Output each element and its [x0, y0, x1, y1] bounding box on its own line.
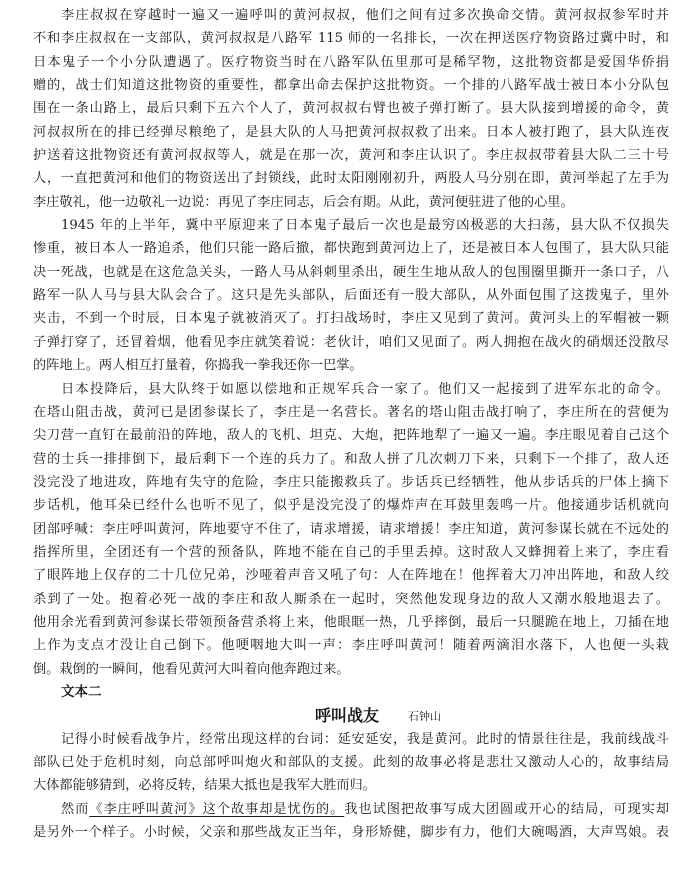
underlined-sentence: 《李庄呼叫黄河》这个故事却是忧伤的。 [89, 802, 344, 817]
text-line: 部队已处于危机时刻，向总部呼叫炮火和部队的支援。此刻的故事必将是悲壮又激动人心的… [33, 751, 669, 774]
article-author: 石钟山 [408, 705, 441, 728]
text-segment: 我也试图把故事写成大团圆或开心的结局，可现实却 [344, 802, 669, 817]
document-page: 李庄叔叔在穿越时一遍又一遍呼叫的黄河叔叔，他们之间有过多次换命交情。黄河叔叔参军… [33, 4, 669, 844]
text-line: 子弹打穿了，还冒着烟，他看见李庄就笑着说：老伙计，咱们又见面了。两人拥抱在战火的… [33, 331, 669, 354]
text-line: 1945 年的上半年，冀中平原迎来了日本鬼子最后一次也是最穷凶极恶的大扫荡，县大… [33, 214, 669, 237]
text-segment: 然而 [61, 802, 89, 817]
paragraph-text2-1: 记得小时候看战争片，经常出现这样的台词：延安延安，我是黄河。此时的情景往往是，我… [33, 728, 669, 798]
text-line: 的阵地上。两人相互打量着，你捣我一拳我还你一巴掌。 [33, 354, 669, 377]
text-line: 夹击，不到一个时辰，日本鬼子就被消灭了。打扫战场时，李庄又见到了黄河。黄河头上的… [33, 307, 669, 330]
article-title: 呼叫战友 [315, 704, 379, 727]
text-line: 倒。栽倒的一瞬间，他看见黄河大叫着向他奔跑过来。 [33, 658, 669, 681]
text-line: 李庄敬礼，他一边敬礼一边说：再见了李庄同志，后会有期。从此，黄河便驻进了他的心里… [33, 191, 669, 214]
text-line: 大体都能够猜到，必将反转，结果大抵也是我军大胜而归。 [33, 774, 669, 797]
paragraph-text2-2: 然而《李庄呼叫黄河》这个故事却是忧伤的。我也试图把故事写成大团圆或开心的结局，可… [33, 798, 669, 845]
paragraph-2: 1945 年的上半年，冀中平原迎来了日本鬼子最后一次也是最穷凶极恶的大扫荡，县大… [33, 214, 669, 377]
text-line: 步话机，他耳朵已经什么也听不见了，似乎是没完没了的爆炸声在耳鼓里轰鸣一片。他接通… [33, 494, 669, 517]
text-line: 围在一条山路上，最后只剩下五六个人了，黄河叔叔右臂也被子弹打断了。县大队接到增援… [33, 97, 669, 120]
text-line: 团部呼喊：李庄呼叫黄河，阵地要守不住了，请求增援，请求增援！李庄知道，黄河参谋长… [33, 518, 669, 541]
article-title-row: 呼叫战友 石钟山 [33, 704, 669, 727]
text-line: 杀到了一处。抱着必死一战的李庄和敌人厮杀在一起时，突然他发现身边的敌人又潮水般地… [33, 588, 669, 611]
text-line: 路军一队人马与县大队会合了。这只是先头部队，后面还有一股大部队，从外面包围了这拨… [33, 284, 669, 307]
text-line: 上作为支点才没让自己倒下。他哽咽地大叫一声：李庄呼叫黄河！随着两滴泪水落下，人也… [33, 634, 669, 657]
text-line: 他用余光看到黄河参谋长带领预备营杀将上来，他眼眶一热，几乎摔倒，最后一只腿跪在地… [33, 611, 669, 634]
text-line: 了眼阵地上仅存的二十几位兄弟，沙哑着声音又吼了句：人在阵地在！他挥着大刀冲出阵地… [33, 564, 669, 587]
text-line: 没完没了地进攻，阵地有失守的危险，李庄只能搬救兵了。步话兵已经牺牲，他从步话兵的… [33, 471, 669, 494]
text-line: 然而《李庄呼叫黄河》这个故事却是忧伤的。我也试图把故事写成大团圆或开心的结局，可… [33, 798, 669, 821]
paragraph-1: 李庄叔叔在穿越时一遍又一遍呼叫的黄河叔叔，他们之间有过多次换命交情。黄河叔叔参军… [33, 4, 669, 214]
text-line: 营的士兵一排排倒下，最后剩下一个连的兵力了。和敌人拼了几次刺刀下来，只剩下一个排… [33, 448, 669, 471]
text-line: 指挥所里，全团还有一个营的预备队，阵地不能在自己的手里丢掉。这时敌人又蜂拥着上来… [33, 541, 669, 564]
text-line: 惨重，被日本人一路追杀，他们只能一路后撤，都快跑到黄河边上了，还是被日本人包围了… [33, 237, 669, 260]
text-line: 尖刀营一直钉在最前沿的阵地，敌人的飞机、坦克、大炮，把阵地犁了一遍又一遍。李庄眼… [33, 424, 669, 447]
text-line: 记得小时候看战争片，经常出现这样的台词：延安延安，我是黄河。此时的情景往往是，我… [33, 728, 669, 751]
text-line: 日本投降后，县大队终于如愿以偿地和正规军兵合一家了。他们又一起接到了进军东北的命… [33, 378, 669, 401]
text-line: 决一死战，也就是在这危急关头，一路人马从斜刺里杀出，硬生生地从敌人的包围圈里撕开… [33, 261, 669, 284]
text-line: 护送着这批物资还有黄河叔叔等人，就是在那一次，黄河和李庄认识了。李庄叔叔带着县大… [33, 144, 669, 167]
text-line: 在塔山阻击战，黄河已是团参谋长了，李庄是一名营长。著名的塔山阻击战打响了，李庄所… [33, 401, 669, 424]
text-line: 河叔叔所在的排已经弹尽粮绝了，是县大队的人马把黄河叔叔救了出来。日本人被打跑了，… [33, 121, 669, 144]
text-line: 赠的，战士们知道这批物资的重要性，都拿出命去保护这批物资。一个排的八路军战士被日… [33, 74, 669, 97]
section-heading: 文本二 [33, 681, 669, 704]
text-line: 是另外一个样子。小时候，父亲和那些战友正当年，身形矫健，脚步有力，他们大碗喝酒，… [33, 821, 669, 844]
text-line: 日本鬼子一个小分队遭遇了。医疗物资当时在八路军队伍里那可是稀罕物，这批物资都是爱… [33, 51, 669, 74]
text-line: 不和李庄叔叔在一支部队，黄河叔叔是八路军 115 师的一名排长，一次在押送医疗物… [33, 27, 669, 50]
text-line: 人，一直把黄河和他们的物资送出了封锁线，此时太阳刚刚初升，两股人马分别在即，黄河… [33, 167, 669, 190]
text-line: 李庄叔叔在穿越时一遍又一遍呼叫的黄河叔叔，他们之间有过多次换命交情。黄河叔叔参军… [33, 4, 669, 27]
paragraph-3: 日本投降后，县大队终于如愿以偿地和正规军兵合一家了。他们又一起接到了进军东北的命… [33, 378, 669, 681]
